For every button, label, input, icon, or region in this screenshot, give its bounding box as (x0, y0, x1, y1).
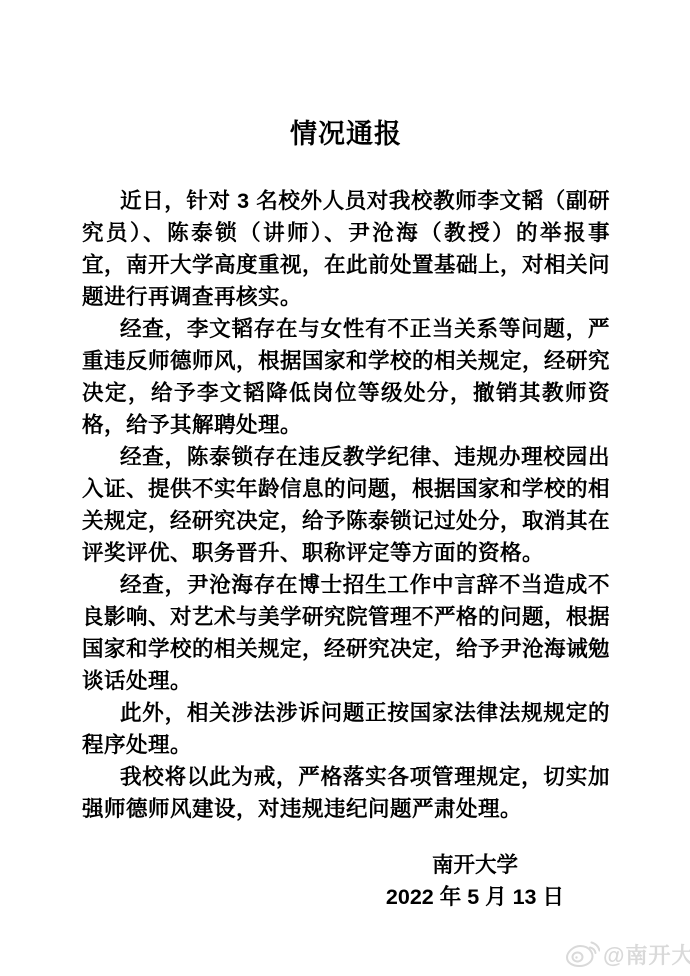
paragraph-chentaisuo-finding: 经查，陈泰锁存在违反教学纪律、违规办理校园出入证、提供不实年龄信息的问题，根据国… (82, 441, 610, 569)
notice-body: 近日，针对 3 名校外人员对我校教师李文韬（副研究员）、陈泰锁（讲师）、尹沧海（… (82, 185, 610, 825)
signature-inner: 南开大学 2022 年 5 月 13 日 (386, 849, 564, 913)
notice-content: 情况通报 近日，针对 3 名校外人员对我校教师李文韬（副研究员）、陈泰锁（讲师）… (82, 114, 610, 913)
page-title: 情况通报 (82, 114, 610, 154)
document-page: 情况通报 近日，针对 3 名校外人员对我校教师李文韬（副研究员）、陈泰锁（讲师）… (0, 0, 690, 976)
weibo-logo-icon (564, 938, 600, 970)
paragraph-liwentao-finding: 经查，李文韬存在与女性有不正当关系等问题，严重违反师德师风，根据国家和学校的相关… (82, 313, 610, 441)
watermark-handle: @南开大学 (603, 939, 690, 970)
signature-name: 南开大学 (386, 849, 564, 881)
paragraph-yincanghai-finding: 经查，尹沧海存在博士招生工作中言辞不当造成不良影响、对艺术与美学研究院管理不严格… (82, 569, 610, 697)
signature-block: 南开大学 2022 年 5 月 13 日 (82, 849, 610, 913)
watermark: @南开大学 (564, 938, 690, 970)
paragraph-closing: 我校将以此为戒，严格落实各项管理规定，切实加强师德师风建设，对违规违纪问题严肃处… (82, 761, 610, 825)
paragraph-intro: 近日，针对 3 名校外人员对我校教师李文韬（副研究员）、陈泰锁（讲师）、尹沧海（… (82, 185, 610, 313)
paragraph-legal-matters: 此外，相关涉法涉诉问题正按国家法律法规规定的程序处理。 (82, 697, 610, 761)
signature-date: 2022 年 5 月 13 日 (386, 881, 564, 913)
